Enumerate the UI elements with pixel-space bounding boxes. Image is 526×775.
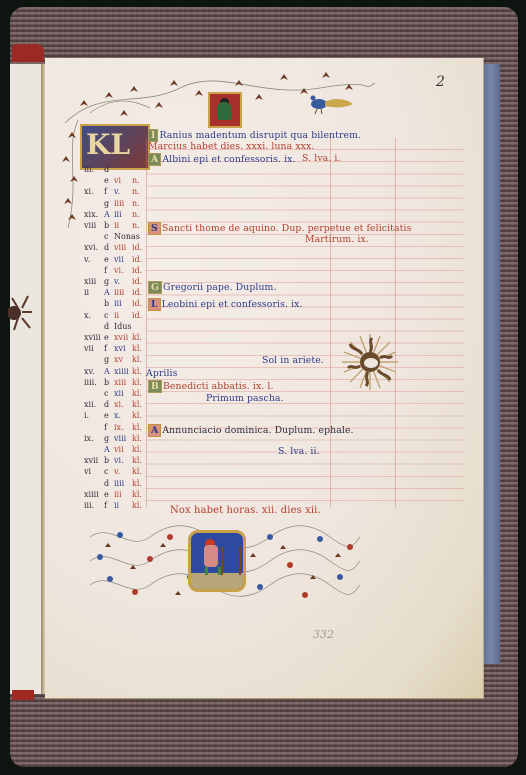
day-mark: n.	[132, 187, 140, 196]
decorated-initial: A	[148, 424, 161, 437]
s-lva-ii: S. lva. ii.	[278, 446, 320, 457]
peacock-icon	[305, 92, 355, 114]
day-mark: kl.	[132, 456, 142, 465]
dominical-letter: e	[104, 176, 109, 185]
dominical-letter: c	[104, 389, 108, 398]
roman-day: viii	[114, 434, 126, 443]
hours-line: Nox habet horas. xii. dies xii.	[170, 505, 321, 516]
roman-day: vi.	[114, 456, 124, 465]
dominical-letter: A	[104, 367, 110, 376]
dominical-letter: d	[104, 479, 109, 488]
roman-day: ix.	[114, 423, 124, 432]
day-mark: kl.	[132, 445, 142, 454]
golden-number: iiii.	[84, 378, 97, 387]
feast-gregory-text: Gregorii pape. Duplum.	[163, 282, 276, 293]
gilded-initial: A	[148, 153, 161, 166]
golden-number: xiii	[84, 277, 96, 286]
roman-day: xiii	[114, 378, 126, 387]
golden-number: iii.	[84, 501, 94, 510]
dominical-letter: c	[104, 311, 108, 320]
roman-day: ii	[114, 501, 119, 510]
pruner-legs	[205, 567, 221, 575]
roman-day: v.	[114, 187, 120, 196]
golden-number: xii.	[84, 400, 96, 409]
pruner-figure	[204, 545, 218, 567]
day-mark: kl.	[132, 411, 142, 420]
day-mark: n.	[132, 210, 140, 219]
day-mark: kl.	[132, 479, 142, 488]
aprilis-heading: Aprilis	[146, 368, 178, 379]
pencil-foliation: 332	[313, 628, 334, 641]
dominical-letter: b	[104, 299, 109, 308]
feast-leobin: LLeobini epi et confessoris. ix.	[148, 298, 303, 311]
golden-number: xvi.	[84, 243, 98, 252]
dominical-letter: c	[104, 467, 108, 476]
dominical-letter: g	[104, 199, 109, 208]
facing-sun-icon	[8, 290, 34, 336]
feast-thomas-text: Sancti thome de aquino. Dup. perpetue et…	[162, 223, 412, 234]
day-mark: n.	[132, 176, 140, 185]
dominical-letter: e	[104, 490, 109, 499]
roman-day: vi	[114, 176, 121, 185]
dominical-letter: A	[104, 210, 110, 219]
dominical-letter: A	[104, 288, 110, 297]
day-mark: kl.	[132, 389, 142, 398]
golden-number: x.	[84, 311, 91, 320]
golden-number: xv.	[84, 367, 95, 376]
dominical-letter: f	[104, 501, 107, 510]
roman-day: ii	[114, 221, 119, 230]
gilded-initial: B	[148, 380, 162, 393]
header-line-3-text: Albini epi et confessoris. ix.	[162, 154, 295, 165]
medallion-ground	[191, 573, 243, 589]
labour-of-month-medallion	[188, 530, 246, 592]
figure-robe	[217, 102, 231, 120]
kl-initial-text: KL	[86, 128, 130, 161]
roman-day: v.	[114, 277, 120, 286]
dominical-letter: b	[104, 378, 109, 387]
dominical-letter: e	[104, 333, 109, 342]
kl-initial: KL	[80, 124, 150, 170]
day-mark: id.	[132, 255, 142, 264]
roman-day: vii	[114, 255, 124, 264]
ruling-vertical	[395, 138, 396, 508]
golden-number: i.	[84, 411, 89, 420]
dominical-letter: d	[104, 243, 109, 252]
day-mark: n.	[132, 199, 140, 208]
dominical-letter: g	[104, 355, 109, 364]
red-binding-tab	[12, 44, 44, 62]
roman-day: ii	[114, 311, 119, 320]
golden-number: xvii	[84, 456, 98, 465]
dominical-letter: c	[104, 232, 108, 241]
roman-day: vii	[114, 445, 124, 454]
roman-day: iii	[114, 210, 122, 219]
roman-day: x.	[114, 411, 121, 420]
day-mark: id.	[132, 277, 142, 286]
feast-leobin-text: Leobini epi et confessoris. ix.	[162, 299, 303, 310]
roman-day: Nonas	[114, 232, 140, 241]
vine-stock	[221, 547, 241, 575]
golden-number: xix.	[84, 210, 98, 219]
golden-number: vi	[84, 467, 91, 476]
ruling-vertical	[146, 138, 147, 508]
golden-number: xiiii	[84, 490, 99, 499]
folio-number: 2	[436, 74, 445, 90]
dominical-letter: e	[104, 255, 109, 264]
dominical-letter: e	[104, 411, 109, 420]
roman-day: xii	[114, 389, 124, 398]
day-mark: n.	[132, 221, 140, 230]
decorated-initial: S	[148, 222, 161, 235]
roman-day: iiii	[114, 288, 124, 297]
golden-number: vii	[84, 344, 94, 353]
roman-day: xvii	[114, 333, 128, 342]
primum-pascha: Primum pascha.	[206, 393, 284, 404]
roman-day: vi.	[114, 266, 124, 275]
red-binding-tab-bottom	[12, 690, 34, 700]
day-mark: kl.	[132, 378, 142, 387]
roman-day: viii	[114, 243, 126, 252]
feast-annunciation-text: Annunciacio dominica. Duplum. ephale.	[162, 425, 353, 436]
header-line-2: Marcius habet dies. xxxi. luna xxx.	[148, 141, 314, 152]
roman-day: xi.	[114, 400, 124, 409]
day-mark: id.	[132, 311, 142, 320]
dominical-letter: g	[104, 277, 109, 286]
day-mark: kl.	[132, 400, 142, 409]
roman-day: xiiii	[114, 367, 129, 376]
feast-benedict-text: Benedicti abbatis. ix. l.	[163, 381, 274, 392]
decorated-initial: L	[148, 298, 161, 311]
roman-day: xv	[114, 355, 123, 364]
sol-in-ariete: Sol in ariete.	[262, 355, 324, 366]
dominical-letter: f	[104, 187, 107, 196]
golden-number: iii.	[84, 165, 94, 174]
day-mark: id.	[132, 266, 142, 275]
golden-number: viii	[84, 221, 96, 230]
dominical-letter: A	[104, 445, 110, 454]
roman-day: iiii	[114, 479, 124, 488]
historiated-initial-aquarius	[208, 92, 242, 128]
day-mark: kl.	[132, 490, 142, 499]
golden-number: ix.	[84, 434, 94, 443]
golden-number: v.	[84, 255, 90, 264]
roman-day: xvi	[114, 344, 126, 353]
golden-number: ii	[84, 288, 89, 297]
dominical-letter: f	[104, 423, 107, 432]
day-mark: kl.	[132, 355, 142, 364]
dominical-letter: b	[104, 456, 109, 465]
day-mark: kl.	[132, 467, 142, 476]
day-mark: kl.	[132, 501, 142, 510]
roman-day: iii	[114, 299, 122, 308]
day-mark: id.	[132, 243, 142, 252]
day-mark: id.	[132, 288, 142, 297]
feast-benedict: BBenedicti abbatis. ix. l.	[148, 380, 274, 393]
ruling-vertical	[330, 138, 331, 508]
day-mark: id.	[132, 299, 142, 308]
dominical-letter: b	[104, 221, 109, 230]
header-line-3-right: S. lva. i.	[302, 153, 341, 164]
golden-number: xviii	[84, 333, 101, 342]
golden-number: xi.	[84, 187, 94, 196]
feast-gregory: GGregorii pape. Duplum.	[148, 281, 277, 294]
blue-cover-edge	[482, 64, 500, 664]
day-mark: kl.	[132, 367, 142, 376]
day-mark: kl.	[132, 344, 142, 353]
feast-thomas-cont: Martirum. ix.	[305, 234, 369, 245]
dominical-letter: d	[104, 322, 109, 331]
facing-leaf	[10, 64, 43, 694]
day-mark: kl.	[132, 333, 142, 342]
dominical-letter: g	[104, 434, 109, 443]
dominical-letter: d	[104, 165, 109, 174]
header-line-3: AAlbini epi et confessoris. ix.	[148, 153, 296, 166]
feast-thomas: SSancti thome de aquino. Dup. perpetue e…	[148, 222, 411, 235]
day-mark: kl.	[132, 434, 142, 443]
gilded-initial: G	[148, 281, 162, 294]
dominical-letter: f	[104, 266, 107, 275]
roman-day: Idus	[114, 322, 132, 331]
roman-day: v.	[114, 467, 120, 476]
day-mark: kl.	[132, 423, 142, 432]
sun-icon	[340, 332, 400, 392]
feast-annunciation: AAnnunciacio dominica. Duplum. ephale.	[148, 424, 354, 437]
dominical-letter: f	[104, 344, 107, 353]
roman-day: iiii	[114, 199, 124, 208]
dominical-letter: d	[104, 400, 109, 409]
roman-day: iii	[114, 490, 122, 499]
header-line-1-text: Ranius madentum disrupit qua bilentrem.	[159, 130, 361, 141]
